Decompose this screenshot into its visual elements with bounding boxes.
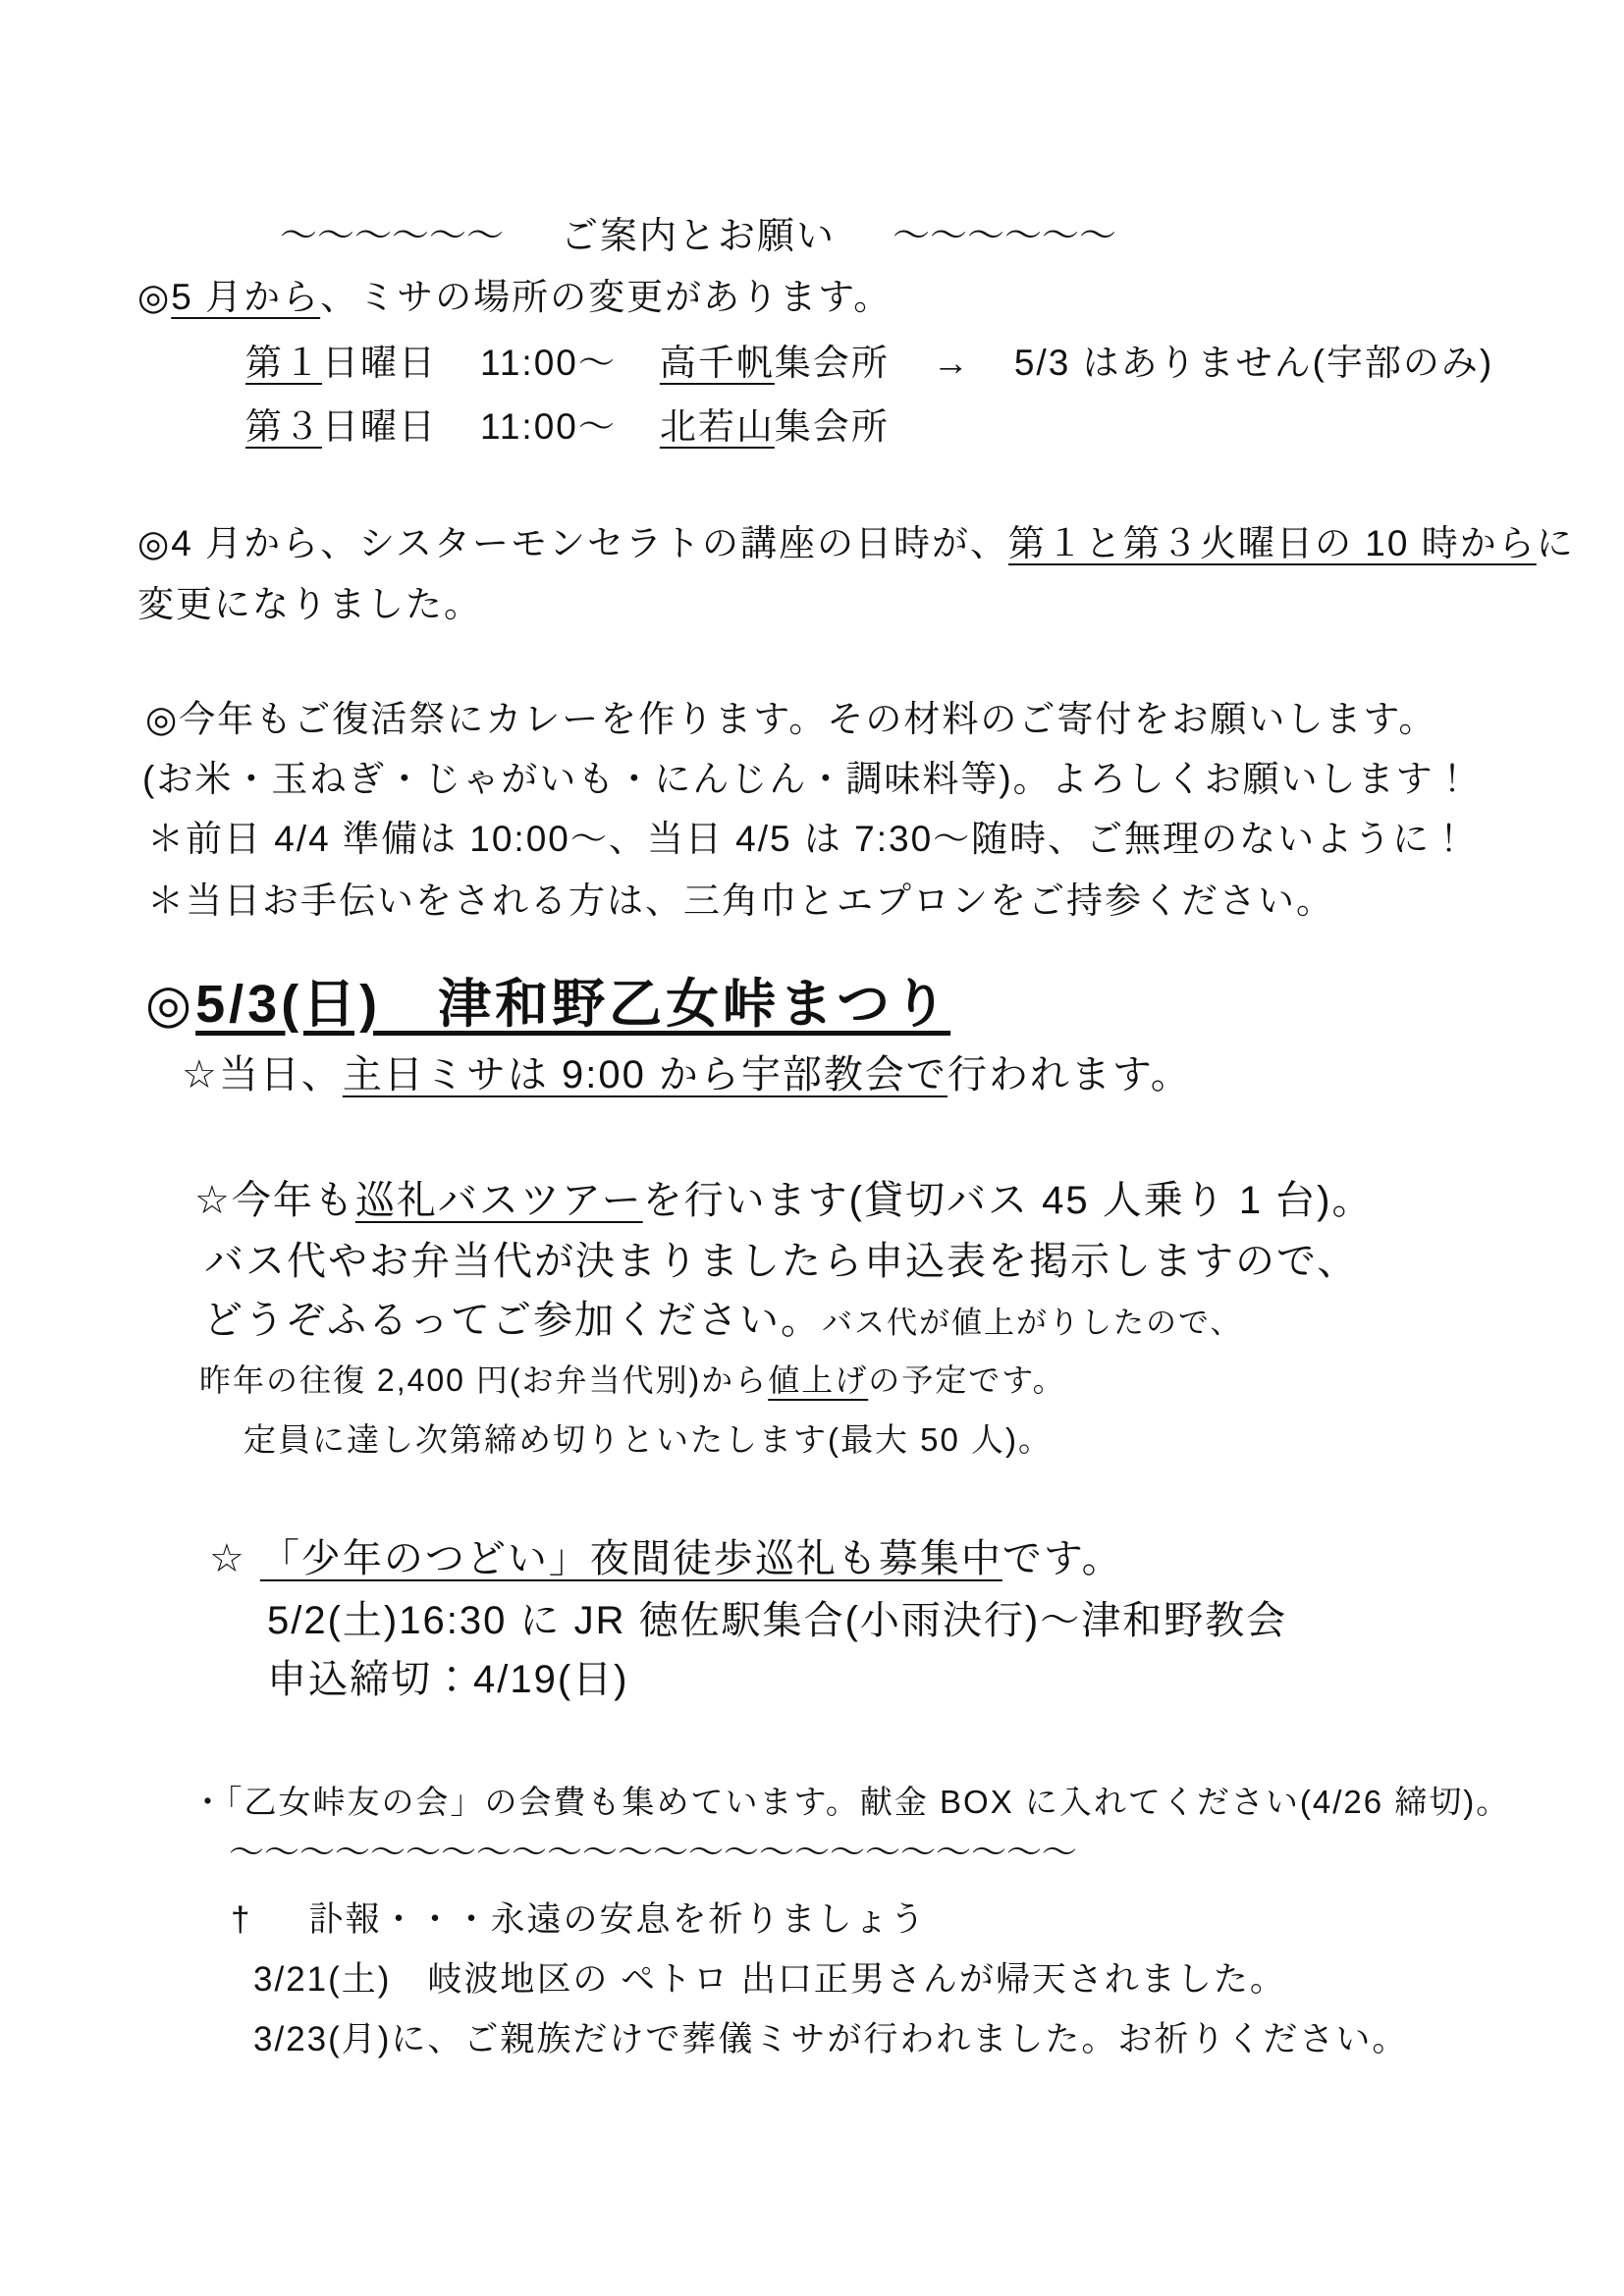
- easter-curry-line3-text: ＊前日 4/4 準備は 10:00～、当日 4/5 は 7:30～随時、ご無理の…: [147, 819, 1469, 859]
- document-page: ～～～～～～ご案内とお願い～～～～～～ ◎5 月から、ミサの場所の変更があります…: [0, 0, 1624, 2296]
- festival-heading: ◎5/3(日) 津和野乙女峠まつり: [145, 974, 950, 1035]
- bus-fare-pre: 昨年の往復 2,400 円(お弁当代別)から: [199, 1362, 768, 1398]
- bus-tour-line2-text: バス代やお弁当代が決まりましたら申込表を掲示しますので、: [204, 1240, 1358, 1283]
- mass-location-lead: ◎5 月から、ミサの場所の変更があります。: [137, 277, 892, 319]
- sister-course-line-2: 変更になりました。: [137, 584, 482, 626]
- bus-tour-pre: ☆今年も: [194, 1179, 355, 1222]
- festival-heading-underlined: 5/3(日) 津和野乙女峠まつり: [195, 975, 950, 1034]
- night-walk-meeting-text: 5/2(土)16:30 に JR 徳佐駅集合(小雨決行)～津和野教会: [267, 1599, 1287, 1642]
- easter-curry-line-4: ＊当日お手伝いをされる方は、三角巾とエプロンをご持参ください。: [147, 881, 1334, 923]
- sister-course-line2-text: 変更になりました。: [137, 584, 482, 624]
- bus-tour-line3-main: どうぞふるってご参加ください。: [203, 1299, 822, 1342]
- week-number-underlined: 第１: [245, 343, 322, 383]
- festival-mass-post: 行われます。: [947, 1053, 1192, 1096]
- bus-tour-line-3: どうぞふるってご参加ください。バス代が値上がりしたので、: [203, 1298, 1242, 1343]
- bus-tour-line-2: バス代やお弁当代が決まりましたら申込表を掲示しますので、: [204, 1239, 1358, 1284]
- cross-icon: †: [231, 1900, 251, 1939]
- sister-course-line-1: ◎4 月から、シスターモンセラトの講座の日時が、第１と第３火曜日の 10 時から…: [137, 523, 1575, 565]
- schedule-note: 5/3 はありません(宇部のみ): [1014, 343, 1493, 383]
- night-walk-post: です。: [1002, 1537, 1123, 1580]
- bus-fare-post: の予定です。: [868, 1362, 1065, 1398]
- time: 11:00～: [480, 406, 617, 447]
- membership-line: ・「乙女峠友の会」の会費も集めています。献金 BOX に入れてください(4/26…: [191, 1784, 1510, 1821]
- sister-course-pre: ◎4 月から、シスターモンセラトの講座の日時が、: [137, 523, 1008, 563]
- mass-location-lead-underlined: 5 月から: [171, 277, 320, 317]
- circle-marker: ◎: [137, 277, 171, 317]
- place-underlined: 高千帆: [660, 343, 775, 383]
- festival-mass-pre: ☆当日、: [182, 1053, 343, 1096]
- title-tildes-right: ～～～～～～: [893, 216, 1116, 257]
- mass-location-lead-rest: 、ミサの場所の変更があります。: [320, 277, 892, 317]
- bus-tour-line-5: 定員に達し次第締め切りといたします(最大 50 人)。: [244, 1421, 1053, 1459]
- bus-tour-underlined: 巡礼バスツアー: [355, 1179, 643, 1222]
- obituary-line1-text: 3/21(土) 岐波地区の ペトロ 出口正男さんが帰天されました。: [253, 1960, 1286, 1999]
- festival-mass-line: ☆当日、主日ミサは 9:00 から宇部教会で行われます。: [182, 1052, 1192, 1097]
- easter-curry-line-2: (お米・玉ねぎ・じゃがいも・にんじん・調味料等)。よろしくお願いします！: [142, 759, 1473, 801]
- obituary-line-1: 3/21(土) 岐波地区の ペトロ 出口正男さんが帰天されました。: [253, 1960, 1286, 2000]
- easter-curry-line1-text: ◎今年もご復活祭にカレーを作ります。その材料のご寄付をお願いします。: [145, 699, 1436, 739]
- time: 11:00～: [480, 343, 617, 383]
- sister-course-post: に: [1537, 523, 1575, 563]
- obituary-heading-line: †訃報・・・永遠の安息を祈りましょう: [231, 1900, 926, 1940]
- week-rest: 日曜日: [322, 343, 437, 383]
- easter-curry-line-3: ＊前日 4/4 準備は 10:00～、当日 4/5 は 7:30～随時、ご無理の…: [147, 819, 1469, 861]
- bus-tour-line-1: ☆今年も巡礼バスツアーを行います(貸切バス 45 人乗り 1 台)。: [194, 1178, 1374, 1223]
- mass-schedule-row-1: 第１日曜日11:00～高千帆集会所→5/3 はありません(宇部のみ): [245, 343, 1493, 385]
- easter-curry-line-1: ◎今年もご復活祭にカレーを作ります。その材料のご寄付をお願いします。: [145, 699, 1436, 741]
- night-walk-underlined: 「少年のつどい」夜間徒歩巡礼も募集中: [260, 1537, 1002, 1580]
- bus-tour-post: を行います(貸切バス 45 人乗り 1 台)。: [643, 1179, 1374, 1222]
- bus-tour-line3-small: バス代が値上がりしたので、: [822, 1306, 1242, 1340]
- easter-curry-line4-text: ＊当日お手伝いをされる方は、三角巾とエプロンをご持参ください。: [147, 881, 1334, 921]
- divider-tildes: ～～～～～～～～～～～～～～～～～～～～～～～～: [229, 1832, 1077, 1872]
- festival-mass-underlined: 主日ミサは 9:00 から宇部教会で: [343, 1053, 947, 1096]
- easter-curry-line2-text: (お米・玉ねぎ・じゃがいも・にんじん・調味料等)。よろしくお願いします！: [142, 759, 1473, 799]
- night-walk-line-3: 申込締切：4/19(日): [267, 1657, 629, 1702]
- bus-fare-underlined: 値上げ: [768, 1362, 868, 1398]
- week-number-underlined: 第３: [245, 406, 322, 447]
- title-tildes-left: ～～～～～～: [280, 216, 504, 257]
- place-rest: 集会所: [775, 343, 890, 383]
- wavy-divider: ～～～～～～～～～～～～～～～～～～～～～～～～: [229, 1832, 1077, 1872]
- membership-text: ・「乙女峠友の会」の会費も集めています。献金 BOX に入れてください(4/26…: [191, 1784, 1510, 1820]
- mass-schedule-row-2: 第３日曜日11:00～北若山集会所: [245, 406, 890, 449]
- bus-tour-line-4: 昨年の往復 2,400 円(お弁当代別)から値上げの予定です。: [199, 1362, 1066, 1399]
- place-rest: 集会所: [775, 406, 890, 447]
- obituary-line-2: 3/23(月)に、ご親族だけで葬儀ミサが行われました。お祈りください。: [253, 2020, 1408, 2059]
- page-title: ～～～～～～ご案内とお願い～～～～～～: [280, 216, 1116, 259]
- night-walk-deadline-text: 申込締切：4/19(日): [267, 1658, 629, 1701]
- night-walk-line-1: ☆「少年のつどい」夜間徒歩巡礼も募集中です。: [209, 1536, 1123, 1581]
- star-marker: ☆: [209, 1537, 246, 1580]
- week-rest: 日曜日: [322, 406, 437, 447]
- arrow-icon: →: [933, 343, 971, 383]
- place-underlined: 北若山: [660, 406, 775, 447]
- obituary-line2-text: 3/23(月)に、ご親族だけで葬儀ミサが行われました。お祈りください。: [253, 2020, 1408, 2058]
- night-walk-line-2: 5/2(土)16:30 に JR 徳佐駅集合(小雨決行)～津和野教会: [267, 1598, 1287, 1643]
- circle-marker: ◎: [145, 975, 195, 1034]
- title-text: ご案内とお願い: [561, 216, 836, 257]
- sister-course-underlined: 第１と第３火曜日の 10 時から: [1008, 523, 1537, 563]
- obituary-heading-text: 訃報・・・永遠の安息を祈りましょう: [308, 1900, 926, 1939]
- bus-capacity-text: 定員に達し次第締め切りといたします(最大 50 人)。: [244, 1421, 1053, 1458]
